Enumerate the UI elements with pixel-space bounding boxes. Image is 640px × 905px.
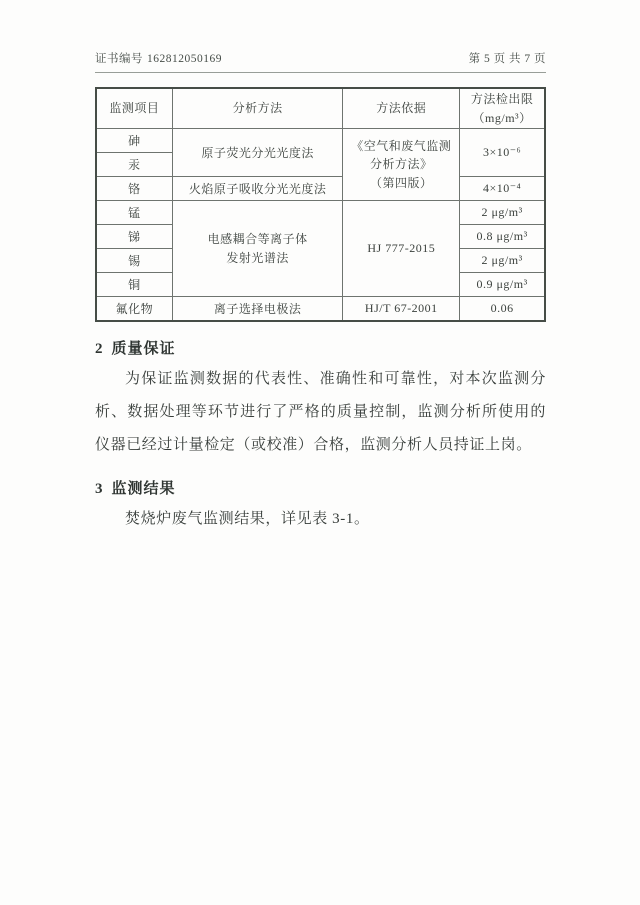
cell-item-arsenic: 砷 bbox=[96, 129, 172, 153]
table-row: 锰 电感耦合等离子体 发射光谱法 HJ 777-2015 2 μg/m³ bbox=[96, 201, 545, 225]
col-header-item: 监测项目 bbox=[96, 88, 172, 129]
cell-limit-copper: 0.9 μg/m³ bbox=[460, 273, 545, 297]
col-header-limit-line1: 方法检出限 bbox=[462, 90, 542, 109]
section-title: 质量保证 bbox=[112, 341, 176, 357]
cell-method-icp: 电感耦合等离子体 发射光谱法 bbox=[172, 201, 343, 297]
certificate-number: 证书编号162812050169 bbox=[95, 50, 226, 66]
cell-item-manganese: 锰 bbox=[96, 201, 172, 225]
page-indicator: 第 5 页 共 7 页 bbox=[469, 50, 546, 66]
cell-limit-antimony: 0.8 μg/m³ bbox=[460, 225, 545, 249]
cell-method-icp-line1: 电感耦合等离子体 bbox=[175, 230, 341, 249]
quality-paragraph: 为保证监测数据的代表性、准确性和可靠性，对本次监测分析、数据处理等环节进行了严格… bbox=[95, 363, 546, 462]
cell-basis-book-line2: 分析方法》 bbox=[345, 155, 457, 174]
document-page: 证书编号162812050169 第 5 页 共 7 页 监测项目 分析方法 方… bbox=[0, 0, 640, 905]
certificate-label: 证书编号 bbox=[95, 53, 143, 65]
col-header-method: 分析方法 bbox=[172, 88, 343, 129]
cell-basis-book-line3: （第四版） bbox=[345, 174, 457, 193]
col-header-limit-line2: （mg/m³） bbox=[462, 109, 542, 128]
cell-method-afs: 原子荧光分光光度法 bbox=[172, 129, 343, 177]
certificate-value: 162812050169 bbox=[147, 53, 222, 65]
section-title: 监测结果 bbox=[112, 481, 176, 497]
results-paragraph: 焚烧炉废气监测结果，详见表 3-1。 bbox=[95, 503, 546, 536]
cell-method-faas: 火焰原子吸收分光光度法 bbox=[172, 177, 343, 201]
cell-item-copper: 铜 bbox=[96, 273, 172, 297]
cell-item-tin: 锡 bbox=[96, 249, 172, 273]
table-row: 砷 原子荧光分光光度法 《空气和废气监测 分析方法》 （第四版） 3×10⁻⁶ bbox=[96, 129, 545, 153]
cell-item-fluoride: 氟化物 bbox=[96, 297, 172, 322]
cell-method-icp-line2: 发射光谱法 bbox=[175, 249, 341, 268]
cell-limit-fluoride: 0.06 bbox=[460, 297, 545, 322]
cell-limit-manganese: 2 μg/m³ bbox=[460, 201, 545, 225]
cell-method-ise: 离子选择电极法 bbox=[172, 297, 343, 322]
cell-basis-hj777: HJ 777-2015 bbox=[343, 201, 460, 297]
section-number: 2 bbox=[95, 341, 103, 357]
col-header-limit: 方法检出限 （mg/m³） bbox=[460, 88, 545, 129]
cell-limit-chromium: 4×10⁻⁴ bbox=[460, 177, 545, 201]
cell-limit-arsenic-mercury: 3×10⁻⁶ bbox=[460, 129, 545, 177]
cell-basis-hj67: HJ/T 67-2001 bbox=[343, 297, 460, 322]
section-heading-results: 3监测结果 bbox=[95, 477, 546, 498]
page-header: 证书编号162812050169 第 5 页 共 7 页 bbox=[95, 50, 546, 73]
col-header-basis: 方法依据 bbox=[343, 88, 460, 129]
table-row: 铬 火焰原子吸收分光光度法 4×10⁻⁴ bbox=[96, 177, 545, 201]
cell-basis-book-line1: 《空气和废气监测 bbox=[345, 137, 457, 156]
cell-item-antimony: 锑 bbox=[96, 225, 172, 249]
cell-limit-tin: 2 μg/m³ bbox=[460, 249, 545, 273]
cell-item-mercury: 汞 bbox=[96, 153, 172, 177]
method-table: 监测项目 分析方法 方法依据 方法检出限 （mg/m³） 砷 原子荧光分光光度法… bbox=[95, 87, 546, 322]
section-heading-quality: 2质量保证 bbox=[95, 337, 546, 358]
section-number: 3 bbox=[95, 481, 103, 497]
table-header-row: 监测项目 分析方法 方法依据 方法检出限 （mg/m³） bbox=[96, 88, 545, 129]
cell-basis-book: 《空气和废气监测 分析方法》 （第四版） bbox=[343, 129, 460, 201]
cell-item-chromium: 铬 bbox=[96, 177, 172, 201]
table-row: 氟化物 离子选择电极法 HJ/T 67-2001 0.06 bbox=[96, 297, 545, 322]
